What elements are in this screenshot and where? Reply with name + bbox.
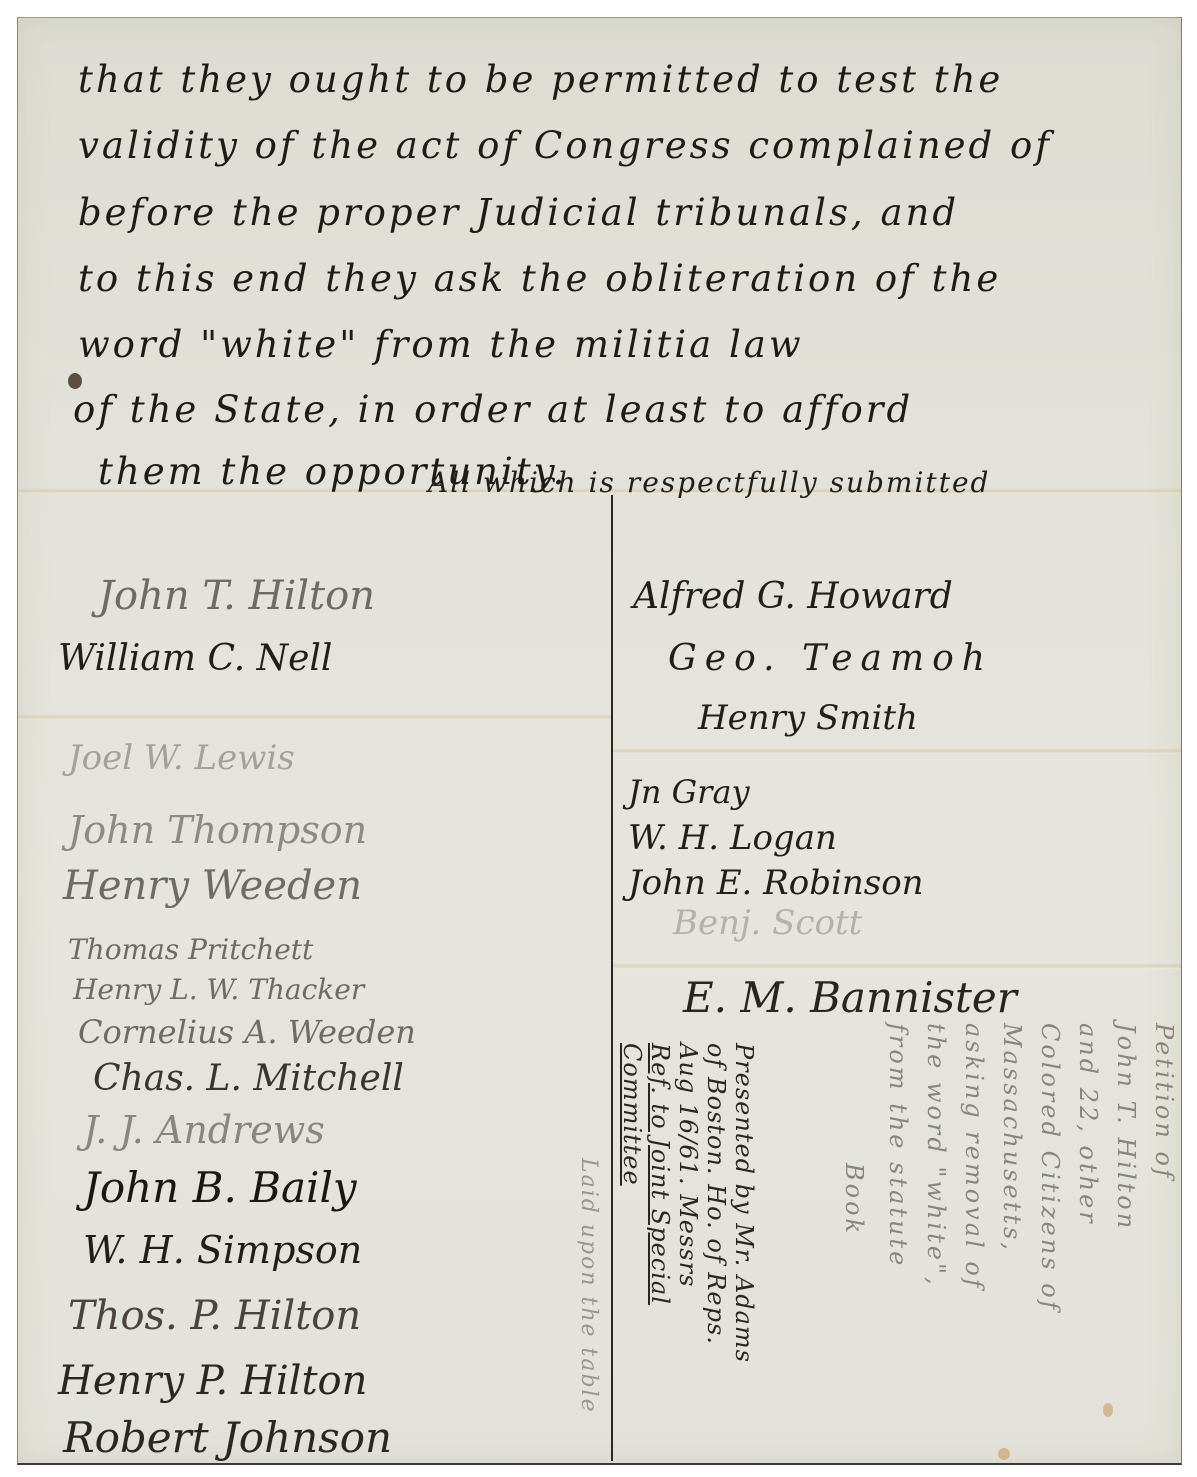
fold-crease-lower-right [611, 963, 1181, 969]
body-line: word "white" from the militia law [78, 323, 804, 366]
body-line: that they ought to be permitted to test … [78, 58, 1003, 101]
signature: Henry L. W. Thacker [73, 973, 364, 1006]
body-line: of the State, in order at least to affor… [73, 388, 913, 431]
signature: Geo. Teamoh [668, 638, 993, 679]
docket-line: asking removal of [960, 1023, 988, 1291]
signature: E. M. Bannister [683, 973, 1017, 1022]
body-line: validity of the act of Congress complain… [78, 124, 1052, 167]
signature: Joel W. Lewis [68, 738, 295, 778]
signature: John T. Hilton [98, 573, 375, 619]
signature: Henry Smith [698, 698, 918, 738]
presented-line: of Boston. Ho. of Reps. [702, 1043, 730, 1345]
body-line: to this end they ask the obliteration of… [78, 257, 1001, 300]
fold-crease-middle-right [611, 748, 1181, 754]
signature: John B. Baily [83, 1163, 357, 1212]
presented-line: Committee [618, 1043, 646, 1186]
fold-crease-middle-left [18, 714, 611, 720]
signature: J. J. Andrews [83, 1108, 325, 1152]
signature: Jn Gray [628, 773, 750, 811]
signature: William C. Nell [58, 638, 332, 679]
ink-blot [68, 373, 82, 389]
signature: Thomas Pritchett [68, 933, 313, 966]
endorsement-laid-on-table: Laid upon the table [576, 1158, 601, 1414]
docket-line: and 22, other [1074, 1023, 1102, 1226]
signature: Cornelius A. Weeden [78, 1013, 416, 1051]
docket-line: John T. Hilton [1112, 1023, 1140, 1231]
signature: Henry P. Hilton [58, 1358, 367, 1404]
signature: John Thompson [68, 808, 367, 852]
docket-line: Petition of [1150, 1023, 1178, 1181]
presented-line: Aug 16/61. Messrs [674, 1043, 702, 1287]
closing-line: All which is respectfully submitted [428, 466, 990, 499]
manuscript-page: that they ought to be permitted to test … [17, 17, 1182, 1465]
signature: Benj. Scott [673, 903, 862, 943]
signature: Thos. P. Hilton [68, 1293, 361, 1339]
signature: Henry Weeden [63, 863, 362, 909]
signature: Robert Johnson [63, 1413, 392, 1462]
body-line: before the proper Judicial tribunals, an… [78, 191, 959, 234]
signature: Chas. L. Mitchell [93, 1058, 404, 1099]
signature: John E. Robinson [628, 863, 924, 903]
docket-line: Book [840, 1163, 868, 1236]
foxing-stain [998, 1448, 1010, 1460]
presented-line: Presented by Mr. Adams [730, 1043, 758, 1363]
docket-line: from the statute [884, 1023, 912, 1268]
docket-line: Colored Citizens of [1036, 1023, 1064, 1313]
foxing-stain [1103, 1403, 1113, 1417]
column-divider-line [611, 495, 613, 1461]
signature: Alfred G. Howard [633, 576, 953, 617]
signature: W. H. Logan [628, 818, 837, 858]
signature: W. H. Simpson [83, 1228, 362, 1272]
docket-line: Massachusetts, [998, 1023, 1026, 1253]
docket-line: the word "white", [922, 1023, 950, 1288]
presented-line: Ref. to Joint Special [646, 1043, 674, 1305]
